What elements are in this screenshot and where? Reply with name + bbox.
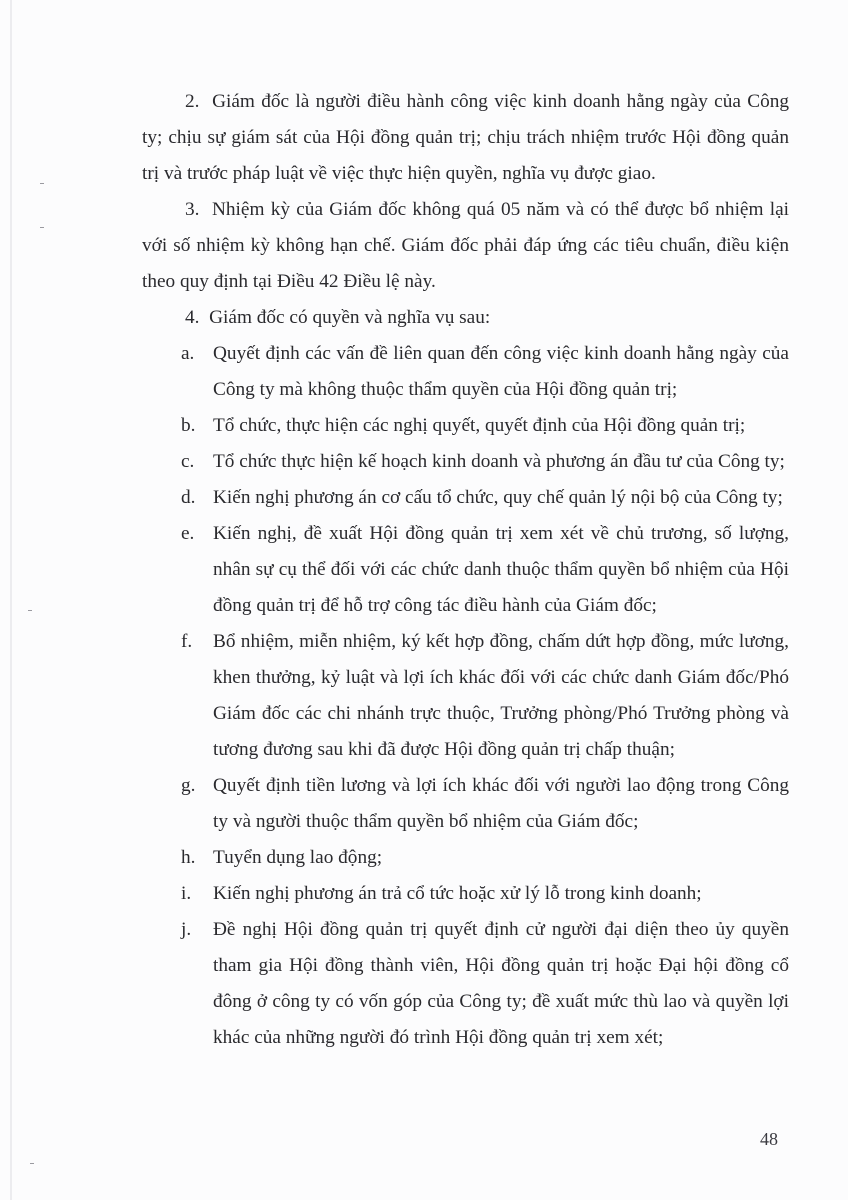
- paragraph-2: 2. Giám đốc là người điều hành công việc…: [142, 84, 789, 192]
- list-item-f: f.Bổ nhiệm, miễn nhiệm, ký kết hợp đồng,…: [142, 624, 789, 768]
- document-body: 2. Giám đốc là người điều hành công việc…: [142, 84, 789, 1056]
- list-item-h: h.Tuyển dụng lao động;: [142, 840, 789, 876]
- list-item-text: Kiến nghị phương án cơ cấu tổ chức, quy …: [213, 487, 783, 508]
- list-item-text: Kiến nghị phương án trả cổ tức hoặc xử l…: [213, 883, 702, 904]
- list-marker: e.: [181, 516, 194, 552]
- list-item-text: Kiến nghị, đề xuất Hội đồng quản trị xem…: [213, 523, 789, 616]
- list-item-b: b.Tổ chức, thực hiện các nghị quyết, quy…: [142, 408, 789, 444]
- list-item-text: Bổ nhiệm, miễn nhiệm, ký kết hợp đồng, c…: [213, 631, 789, 760]
- page-number: 48: [760, 1129, 778, 1150]
- paragraph-number: 3.: [185, 199, 199, 220]
- list-item-text: Quyết định tiền lương và lợi ích khác đố…: [213, 775, 789, 832]
- list-marker: i.: [181, 876, 191, 912]
- paragraph-text: Giám đốc có quyền và nghĩa vụ sau:: [209, 307, 490, 328]
- paragraph-number: 4.: [185, 307, 199, 328]
- scan-edge-line: [10, 0, 12, 1200]
- list-marker: g.: [181, 768, 195, 804]
- list-marker: d.: [181, 480, 195, 516]
- list-item-text: Tuyển dụng lao động;: [213, 847, 382, 868]
- scan-speck: [30, 1163, 34, 1164]
- scan-speck: [40, 183, 44, 184]
- paragraph-4: 4. Giám đốc có quyền và nghĩa vụ sau:: [142, 300, 789, 336]
- list-marker: c.: [181, 444, 194, 480]
- paragraph-text: Giám đốc là người điều hành công việc ki…: [142, 91, 789, 184]
- list-item-d: d.Kiến nghị phương án cơ cấu tổ chức, qu…: [142, 480, 789, 516]
- list-item-a: a.Quyết định các vấn đề liên quan đến cô…: [142, 336, 789, 408]
- paragraph-number: 2.: [185, 91, 199, 112]
- list-item-g: g.Quyết định tiền lương và lợi ích khác …: [142, 768, 789, 840]
- list-item-e: e.Kiến nghị, đề xuất Hội đồng quản trị x…: [142, 516, 789, 624]
- document-page: 2. Giám đốc là người điều hành công việc…: [0, 0, 848, 1200]
- list-item-text: Tổ chức, thực hiện các nghị quyết, quyết…: [213, 415, 745, 436]
- list-item-c: c.Tổ chức thực hiện kế hoạch kinh doanh …: [142, 444, 789, 480]
- scan-speck: [40, 227, 44, 228]
- list-marker: f.: [181, 624, 192, 660]
- scan-speck: [28, 610, 32, 611]
- list-marker: a.: [181, 336, 194, 372]
- list-item-text: Quyết định các vấn đề liên quan đến công…: [213, 343, 789, 400]
- paragraph-3: 3. Nhiệm kỳ của Giám đốc không quá 05 nă…: [142, 192, 789, 300]
- list-marker: b.: [181, 408, 195, 444]
- list-item-text: Đề nghị Hội đồng quản trị quyết định cử …: [213, 919, 789, 1048]
- list-item-j: j.Đề nghị Hội đồng quản trị quyết định c…: [142, 912, 789, 1056]
- paragraph-text: Nhiệm kỳ của Giám đốc không quá 05 năm v…: [142, 199, 789, 292]
- list-marker: h.: [181, 840, 195, 876]
- list-item-text: Tổ chức thực hiện kế hoạch kinh doanh và…: [213, 451, 785, 472]
- list-marker: j.: [181, 912, 191, 948]
- list-item-i: i.Kiến nghị phương án trả cổ tức hoặc xử…: [142, 876, 789, 912]
